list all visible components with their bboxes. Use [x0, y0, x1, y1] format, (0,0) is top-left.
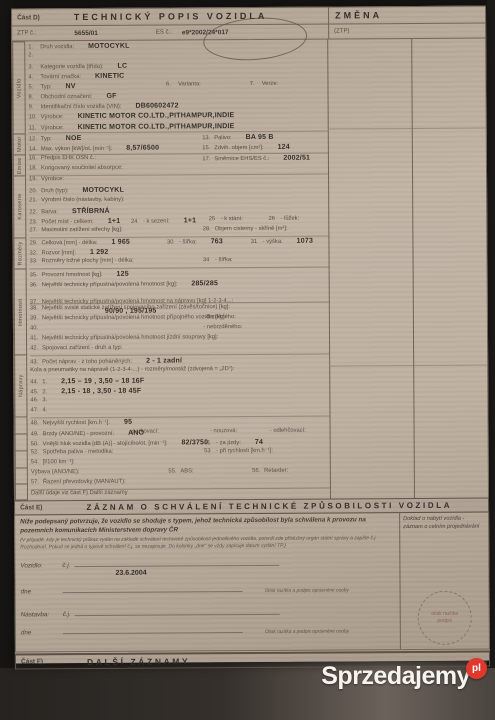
field-label: - nouzová:: [210, 429, 237, 435]
part-e-right: Doklad o nabytí vozidla - záznam o celní…: [400, 513, 489, 650]
document-paper: Část D) TECHNICKÝ POPIS VOZIDLA ZMĚNA ZT…: [11, 6, 490, 664]
field-number: 25: [209, 217, 221, 223]
field-value: 763: [211, 238, 223, 245]
fields-col: 1.Druh vozidla:MOTOCYKL2.3.Kategorie voz…: [25, 40, 331, 501]
stamp-note: Otisk razítka a podpis oprávněné osoby: [265, 629, 349, 635]
field-cell: 42.Spojovací zařízení - druh a typ:: [30, 343, 329, 352]
side-section: Vozidlo: [12, 41, 26, 134]
field-cell: 17.Směrnice EHS/ES č.:2002/51: [202, 153, 328, 163]
field-label: Rozměry ložné plochy [mm] - délka:: [42, 259, 134, 265]
part-f-title: DALŠÍ ZÁZNAMY: [87, 656, 190, 667]
field-value: 1 965: [111, 239, 130, 246]
field-label: Největší svislé statické zatížení spojov…: [42, 305, 230, 312]
field-label: Největší technicky přípustná/povolená hm…: [42, 282, 178, 289]
field-cell: 27.Maximální zatížení střechy [kg]:: [29, 226, 202, 234]
field-cell: 26- lůžek:: [268, 215, 328, 223]
field-label: Předpis EHK OSN č.:: [41, 156, 96, 162]
change-title: ZMĚNA: [335, 10, 382, 20]
field-cell: 49.Brzdy (ANO/NE) - provozní:ANO: [31, 428, 133, 438]
field-value: 125: [117, 270, 129, 277]
field-number: 45.: [30, 390, 42, 396]
field-number: 35.: [30, 273, 42, 279]
field-label: Počet náprav - z toho poháněných:: [42, 359, 132, 365]
field-cell: 15.Zdvih. objem [cm³]:124: [202, 142, 328, 152]
field-number: 32.: [29, 252, 41, 258]
field-number: 21.: [29, 198, 41, 204]
field-number: 34: [203, 259, 215, 265]
side-section-label: Motor: [16, 137, 22, 153]
field-label: Kategorie vozidla (třída):: [40, 65, 103, 71]
ztp-small-label: (ZTP): [334, 28, 349, 34]
field-number: 8.: [29, 95, 41, 101]
change-panel: [328, 39, 488, 499]
field-cell: - odlehčovací:: [270, 427, 330, 435]
field-label: - nebrzděného:: [203, 325, 242, 331]
field-cell: 19.Výrobce:: [29, 174, 328, 183]
field-number: 7.: [250, 82, 262, 88]
field-label: - k sezení:: [143, 219, 170, 225]
vehicle-label: Vozidlo:: [20, 562, 62, 569]
field-value: LC: [117, 63, 127, 70]
field-cell: 24- k sezení:1+1: [131, 216, 209, 226]
field-label: Identifikační číslo vozidla (VIN):: [41, 105, 122, 111]
field-number: 30: [167, 241, 179, 247]
field-cell: 7.Verze:: [250, 80, 328, 88]
field-number: 5.: [28, 85, 40, 91]
field-value: 1 292: [90, 249, 109, 256]
field-number: 10.: [29, 116, 41, 122]
field-cell: 16.Předpis EHK OSN č.:: [29, 154, 202, 162]
field-cell: 33.Rozměry ložné plochy [mm] - délka:: [30, 257, 203, 265]
side-section-blank: [15, 468, 28, 484]
field-label: Brzdy (ANO/NE) - provozní:: [43, 431, 115, 437]
field-number: 24: [131, 220, 143, 226]
field-cell: 21.Výrobní číslo (nástavby, kabiny):: [29, 195, 328, 204]
dne-underline: [63, 626, 243, 634]
field-number: 1.: [28, 45, 40, 51]
field-number: 29.: [29, 241, 41, 247]
field-row: Další údaje viz část F) Další záznamy: [31, 487, 330, 500]
field-number: 19.: [29, 178, 41, 184]
field-label: Provozní hmotnost [kg]:: [42, 272, 103, 278]
cj-underline: [75, 608, 280, 616]
field-label: Kola a pneumatiky na nápravě (1-2-3-4-..…: [30, 367, 234, 374]
field-value: BA 95 B: [246, 134, 274, 141]
ztp-number: 5655/01: [74, 29, 98, 36]
field-label: 3.: [42, 398, 47, 404]
document-header: Část D) TECHNICKÝ POPIS VOZIDLA ZMĚNA: [11, 6, 486, 26]
field-number: 26: [268, 217, 280, 223]
field-label: - šířka:: [179, 240, 197, 246]
field-label: Obchodní označení:: [41, 95, 93, 101]
side-section: Rozměry: [13, 238, 26, 269]
field-label: - výška:: [263, 240, 283, 246]
field-value: STŘÍBRNÁ: [72, 208, 110, 215]
stamp-note: Otisk razítka a podpis oprávněné osoby: [265, 588, 349, 594]
field-cell: 52.Spotřeba paliva - metodika:: [31, 448, 204, 456]
part-e-label: Část E): [20, 504, 42, 511]
field-label: Maximální zatížení střechy [kg]:: [41, 228, 122, 234]
field-label: - odlehčovací:: [270, 428, 306, 434]
field-number: 40.: [30, 326, 42, 332]
field-label: - za jízdy:: [216, 441, 241, 447]
vehicle-dne-line: dne Otisk razítka a podpis oprávněné oso…: [21, 584, 395, 595]
field-cell: 56.Retarder:: [252, 467, 330, 475]
field-cell: 38.Největší svislé statické zatížení spo…: [30, 303, 329, 312]
field-label: 4.: [42, 409, 47, 415]
part-e-body: Níže podepsaný potvrzuje, že vozidlo se …: [14, 513, 490, 653]
part-d-label: Část D): [17, 14, 40, 21]
field-number: 41.: [30, 337, 42, 343]
field-label: Směrnice EHS/ES č.:: [214, 157, 269, 163]
field-label: Druh vozidla:: [40, 45, 74, 51]
field-label: Varianta:: [178, 82, 201, 88]
field-label: Největší technicky přípustná/povolená hm…: [42, 315, 226, 322]
field-cell: 50.Vnější hluk vozidla [dB (A)] - stojíc…: [31, 437, 204, 447]
field-cell: 30- šířka:763: [167, 237, 251, 247]
watermark-pl-badge: pl: [466, 658, 487, 679]
field-cell: Další údaje viz část F) Další záznamy: [31, 488, 330, 497]
field-label: Spojovací zařízení - druh a typ:: [42, 346, 122, 352]
field-cell: 39.Největší technicky přípustná/povolená…: [30, 314, 203, 322]
field-label: - lůžek:: [280, 217, 299, 223]
side-section: Hmotnosti: [14, 269, 28, 355]
part-e-left: Níže podepsaný potvrzuje, že vozidlo se …: [15, 513, 401, 651]
side-section-blank: [15, 434, 28, 451]
field-number: 39.: [30, 316, 42, 322]
field-number: 9.: [29, 106, 41, 112]
cj-underline: [74, 559, 279, 567]
field-label: Retarder:: [264, 469, 288, 475]
side-section-blank: [15, 417, 28, 434]
field-number: 28.: [203, 227, 215, 233]
field-number: 15.: [202, 146, 214, 152]
field-value: 2 - 1 zadní: [146, 357, 182, 364]
field-label: Max. výkon [kW]/ot. [min⁻¹]:: [41, 147, 112, 153]
field-cell: 25- k stání:: [209, 215, 269, 223]
field-label: parkovací:: [132, 429, 159, 435]
field-cell: 55.ABS:: [168, 468, 252, 476]
field-number: 18.: [29, 166, 41, 172]
part-f-label: Část F): [21, 658, 43, 665]
watermark: Sprzedajemy pl: [321, 664, 487, 689]
field-label: Nejvyšší rychlost [km.h⁻¹]:: [43, 421, 111, 427]
field-value: 8,57/6500: [126, 144, 159, 151]
field-value: MOTOCYKL: [82, 187, 124, 194]
field-cell: 51- za jízdy:74: [204, 437, 330, 447]
field-number: 55.: [168, 470, 180, 476]
field-cell: 29.Celková [mm] - délka:1 965: [29, 237, 167, 247]
field-value: KINETIC: [95, 73, 124, 80]
field-label: - při rychlosti [km.h⁻¹]:: [216, 449, 273, 455]
field-cell: 18.Korigovaný součinitel absorpce:: [29, 163, 328, 172]
field-number: 16.: [29, 156, 41, 162]
field-value: NOE: [66, 135, 82, 142]
superstructure-dne-line: dne Otisk razítka a podpis oprávněné oso…: [21, 625, 395, 636]
side-section-label: Emise: [16, 157, 22, 174]
es-number: e9*2002/24*017: [182, 29, 229, 36]
field-number: 57.: [31, 481, 43, 487]
field-label: Výrobce:: [41, 116, 64, 122]
field-label: Výrobce:: [41, 126, 64, 132]
field-number: 12.: [29, 137, 41, 143]
field-label: Typ:: [40, 85, 51, 91]
field-cell: 41.Největší technicky přípustná/povolená…: [30, 333, 329, 342]
field-number: 13.: [202, 136, 214, 142]
stamp-circle: otisk razítka podpis: [418, 591, 472, 645]
approval-right: (ZTP): [329, 24, 485, 39]
field-value: 2,15 - 18 , 3,50 - 18 45F: [61, 388, 141, 395]
field-label: Tovární značka:: [40, 75, 81, 81]
cj-label: č.j.: [63, 611, 71, 618]
field-cell: Kola a pneumatiky na nápravě (1-2-3-4-..…: [30, 365, 329, 374]
field-number: 46.: [30, 398, 42, 404]
field-number: 23.: [29, 220, 41, 226]
field-number: 44.: [30, 380, 42, 386]
field-value: 1+1: [184, 217, 197, 224]
field-cell: 6.Varianta:: [166, 81, 250, 89]
technical-data-table: VozidloMotorEmiseKaroserieRozměryHmotnos…: [11, 39, 489, 501]
field-number: 33.: [30, 260, 42, 266]
field-number: 50.: [31, 442, 43, 448]
field-cell: 28.Objem cisterny - skříně [m³]:: [203, 225, 329, 233]
field-label: - brzděného:: [203, 315, 236, 321]
field-cell: 31- výška:1073: [251, 236, 329, 246]
field-label: Výrobní číslo (nástavby, kabiny):: [41, 197, 124, 203]
field-label: Počet míst - celkem:: [41, 220, 94, 226]
field-cell: 13.Palivo:BA 95 B: [202, 132, 328, 142]
field-label: Zdvih. objem [cm³]:: [214, 146, 263, 152]
side-section: Motor: [13, 134, 26, 155]
dne-underline: [63, 585, 243, 593]
side-section-label: Nápravy: [18, 375, 24, 398]
stamp-circle-text: otisk razítka podpis: [430, 610, 460, 625]
field-value: 1073: [297, 238, 313, 245]
header-change: ZMĚNA: [329, 7, 485, 24]
field-number: 43.: [30, 360, 42, 366]
side-section-label: Karoserie: [17, 194, 23, 220]
field-value: KINETIC MOTOR CO.LTD.,PITHAMPUR,INDIE: [78, 113, 235, 121]
field-label: Výrobce:: [41, 177, 64, 183]
field-value: NV: [65, 83, 75, 90]
side-section-label: Rozměry: [17, 241, 23, 265]
field-cell: 46.3.: [30, 395, 329, 404]
approval-left: ZTP č.: 5655/01 ES č.: e9*2002/24*017: [12, 25, 329, 41]
side-section: Nápravy: [14, 355, 27, 417]
field-label: Korigovaný součinitel absorpce:: [41, 166, 123, 172]
field-value: 74: [255, 439, 263, 446]
approval-date: 23.6.2004: [115, 568, 394, 577]
field-value: GF: [106, 93, 116, 100]
field-cell: 54.[l/100 km⁻¹]:: [31, 457, 330, 466]
field-value: 1+1: [108, 218, 121, 225]
field-cell: 57.Řazení převodovky (MAN/AUT):: [31, 477, 330, 486]
change-panel-line: [330, 365, 487, 367]
dne-label: dne: [21, 588, 63, 595]
field-cell: 23.Počet míst - celkem:1+1: [29, 216, 131, 226]
field-number: 54.: [31, 460, 43, 466]
es-label: ES č.:: [156, 29, 172, 35]
field-label: 2.: [42, 390, 47, 396]
field-value: 95: [124, 419, 132, 426]
field-label: Výbava (ANO/NE):: [31, 470, 80, 476]
field-label: Spotřeba paliva - metodika:: [43, 450, 114, 456]
field-label: Řazení převodovky (MAN/AUT):: [43, 480, 126, 486]
field-label: Další údaje viz část F) Další záznamy: [31, 491, 128, 497]
field-cell: 47.4.: [30, 405, 329, 414]
document-title: TECHNICKÝ POPIS VOZIDLA: [74, 11, 268, 22]
field-value: 285/285: [191, 280, 218, 287]
field-cell: parkovací:: [132, 427, 210, 435]
field-label: Typ:: [41, 137, 52, 143]
field-number: 49.: [31, 432, 43, 438]
part-e-title: ZÁZNAM O SCHVÁLENÍ TECHNICKÉ ZPŮSOBILOST…: [86, 501, 452, 512]
change-panel-line: [329, 128, 486, 130]
superstructure-cj-line: Nástavba: č.j.: [21, 607, 395, 618]
field-number: 14.: [29, 147, 41, 153]
watermark-text: Sprzedajemy: [321, 664, 470, 689]
field-number: 53: [204, 449, 216, 455]
header-left: Část D) TECHNICKÝ POPIS VOZIDLA: [12, 8, 329, 26]
field-label: [l/100 km⁻¹]:: [43, 460, 75, 466]
dne-label: dne: [21, 629, 63, 636]
field-label: Rozvor [mm]:: [41, 251, 76, 257]
field-number: 51: [204, 441, 216, 447]
field-cell: - nouzová:: [210, 427, 270, 435]
field-number: 4.: [28, 75, 40, 81]
customs-note: Doklad o nabytí vozidla - záznam o celní…: [403, 516, 485, 532]
field-value: 2,15 – 19 , 3,50 – 18 16F: [61, 378, 144, 386]
side-section-blank: [15, 451, 28, 468]
field-label: 1.: [42, 380, 47, 386]
field-number: 56.: [252, 469, 264, 475]
side-section-blank: [15, 484, 28, 500]
field-number: 20.: [29, 190, 41, 196]
field-cell: - nebrzděného:: [203, 323, 329, 331]
field-cell: 40.: [30, 324, 203, 332]
field-number: 2.: [28, 53, 40, 59]
field-cell: 2.: [28, 50, 327, 59]
field-number: 17.: [202, 157, 214, 163]
field-label: Verze:: [262, 82, 278, 88]
field-cell: 53- při rychlosti [km.h⁻¹]:: [204, 447, 330, 455]
superstructure-label: Nástavba:: [21, 611, 63, 618]
field-cell: 34- šířka:: [203, 256, 329, 264]
field-number: 38.: [30, 306, 42, 312]
ztp-label: ZTP č.:: [17, 30, 36, 36]
approval-fine-print: (V případě, kdy je technický průkaz vydá…: [20, 535, 394, 550]
field-value: 124: [278, 144, 290, 151]
field-label: Celková [mm] - délka:: [41, 241, 97, 247]
field-cell: 14.Max. výkon [kW]/ot. [min⁻¹]:8,57/6500: [29, 143, 202, 153]
field-label: Druh (typ):: [41, 190, 68, 196]
field-value: MOTOCYKL: [88, 42, 130, 49]
field-value: DB60602472: [135, 103, 178, 110]
cj-label: č.j.: [62, 562, 70, 569]
change-panel-divider: [411, 39, 415, 498]
side-section: Karoserie: [13, 176, 26, 238]
field-number: 42.: [30, 347, 42, 353]
field-number: 47.: [30, 409, 42, 415]
field-cell: 12.Typ:NOE: [29, 133, 202, 143]
field-label: Největší technicky přípustná/povolená hm…: [42, 335, 218, 342]
side-section-label: Hmotnosti: [17, 298, 23, 326]
field-cell: 5.Typ:NV: [28, 81, 166, 91]
field-number: 11.: [29, 126, 41, 132]
field-value: KINETIC MOTOR CO.LTD.,PITHAMPUR,INDIE: [78, 123, 235, 131]
field-label: Vnější hluk vozidla [dB (A)] - stojícího…: [43, 441, 168, 448]
side-section: Emise: [13, 155, 26, 176]
field-number: 6.: [166, 83, 178, 89]
field-number: 27.: [29, 228, 41, 234]
field-label: Palivo:: [214, 136, 231, 142]
field-number: 22.: [29, 210, 41, 216]
field-number: 48.: [31, 422, 43, 428]
side-section-label: Vozidlo: [16, 78, 22, 98]
field-number: 31: [251, 240, 263, 246]
field-label: Objem cisterny - skříně [m³]:: [215, 227, 288, 233]
approval-statement: Níže podepsaný potvrzuje, že vozidlo se …: [20, 516, 394, 535]
field-label: - k stání:: [221, 217, 243, 223]
field-number: 36.: [30, 283, 42, 289]
field-cell: - brzděného:: [203, 313, 329, 321]
field-label: - šířka:: [215, 259, 233, 265]
field-cell: Výbava (ANO/NE):: [31, 468, 169, 476]
field-label: Barva:: [41, 210, 58, 216]
field-value: 2002/51: [283, 155, 310, 162]
field-label: ABS:: [180, 469, 193, 475]
field-number: 3.: [28, 65, 40, 71]
field-number: 52.: [31, 450, 43, 456]
